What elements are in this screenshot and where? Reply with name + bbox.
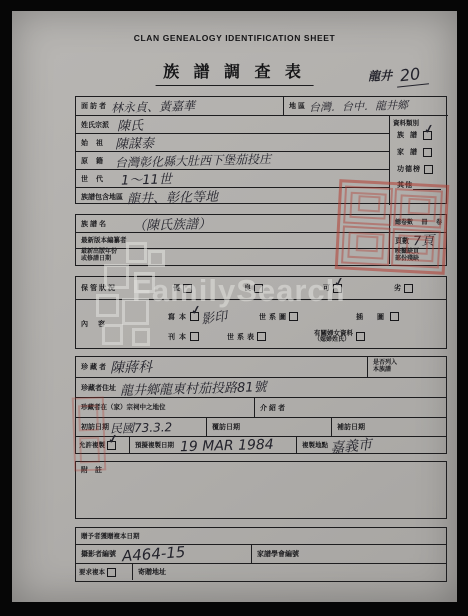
- content-pedigree-table-label: 世系表: [227, 332, 257, 342]
- category-jiapu-row: 家譜: [397, 147, 448, 157]
- region-value: 台灣．台中．龍井鄉: [309, 97, 408, 116]
- condition-excellent-checkbox: [183, 284, 192, 293]
- check-mark: ✓: [107, 432, 119, 446]
- introducer-label: 介紹者: [260, 403, 287, 413]
- listed-in-genealogy-label-line1: 是否列入: [373, 360, 397, 367]
- request-copy-checkbox: [107, 568, 116, 577]
- owner-address-label: 珍藏者住址: [81, 383, 116, 393]
- genealogy-name-label: 族譜名: [81, 219, 108, 229]
- category-jiapu-checkbox: [423, 148, 432, 157]
- condition-label: 保管狀況: [81, 283, 117, 293]
- pages-value: 7頁: [413, 230, 435, 250]
- content-label: 內容: [81, 319, 115, 329]
- check-mark: ✓: [333, 275, 345, 289]
- box-numbering: 贈予者獲贈複本日期 攝影者編號 A464-15 家譜學會編號 要求複本 寄贈地址: [75, 527, 447, 582]
- category-other-row: 其他: [397, 180, 448, 190]
- corner-place-text: 龍井: [368, 67, 392, 85]
- mailing-address-label: 寄贈地址: [138, 567, 166, 577]
- category-jiapu-label: 家譜: [397, 147, 423, 157]
- content-illustrations-checkbox: [390, 312, 399, 321]
- condition-fair-label: 可: [323, 283, 330, 293]
- content-print-checkbox: [190, 332, 199, 341]
- listed-in-genealogy-label-line2: 本族譜: [373, 367, 397, 374]
- box-source-info: 面訪者 林永貞、黃嘉華 地區 台灣．台中．龍井鄉 姓氏宗派 陳氏 始祖 陳謀泰: [75, 96, 447, 204]
- planned-copy-date-label: 預擬複製日期: [135, 442, 174, 449]
- missing-pages-label-line2: 部份殘缺: [395, 256, 419, 263]
- category-zupu-label: 族譜: [397, 130, 423, 140]
- condition-good-checkbox: [254, 284, 263, 293]
- category-zupu-checkbox: ✓: [423, 131, 432, 140]
- coverage-label: 族譜包含地區: [81, 192, 123, 202]
- pubyear-label-line2: 或修譜日期: [81, 256, 117, 263]
- content-pedigree-table-checkbox: [257, 332, 266, 341]
- category-zupu-row: 族譜 ✓: [397, 130, 448, 140]
- first-ancestor-value: 陳謀泰: [115, 132, 154, 152]
- content-women-info-sub-label: （媳婦姓氏）: [314, 337, 353, 344]
- condition-poor-checkbox: [404, 284, 413, 293]
- content-pedigree-chart-label: 世系圖: [259, 312, 289, 322]
- condition-excellent-label: 優: [173, 283, 180, 293]
- generations-value: 1～11世: [121, 168, 172, 188]
- category-header: 資料類別: [393, 118, 448, 127]
- owner-value: 陳蔣科: [110, 356, 153, 377]
- corner-register-note: 龍井 20: [368, 65, 429, 86]
- box-owner-info: 珍藏者 陳蔣科 是否列入 本族譜 珍藏者住址 龍井鄉龍東村茄投路81號 珍藏者在…: [75, 356, 447, 454]
- sheet-title-zh: 族 譜 調 查 表: [155, 59, 314, 86]
- first-visit-value: 民國73.3.2: [110, 418, 173, 437]
- first-visit-label: 初訪日期: [81, 422, 109, 432]
- request-copy-label: 要求複本: [79, 569, 105, 576]
- owner-role-label: 珍藏者在（家）宗祠中之地位: [81, 404, 166, 411]
- coverage-value: 龍井、彰化等地: [127, 186, 218, 207]
- category-column: 資料類別 族譜 ✓ 家譜 功德榜 其他: [389, 115, 448, 205]
- generations-label: 世代: [81, 174, 111, 184]
- box1-left-rows: 姓氏宗派 陳氏 始祖 陳謀泰 原籍 台灣彰化縣大肚西下堡茄投庄 世代: [76, 115, 389, 205]
- category-other-blank-line: [413, 181, 441, 190]
- content-women-info-label: 有關婦女資料: [314, 330, 353, 337]
- manuscript-note-value: 影印: [200, 306, 228, 328]
- volumes-unit-juan: 卷: [436, 220, 442, 227]
- surname-clan-value: 陳氏: [117, 115, 144, 135]
- interviewer-label: 面訪者: [81, 101, 108, 111]
- box-genealogy-info: 族譜名 （陳氏族譜） 總卷數 冊 卷 最新版本編纂者 頁數 7頁 最新出版年份: [75, 214, 447, 266]
- followup-visit-label: 補訪日期: [337, 422, 365, 432]
- box-notes: 附註: [75, 461, 447, 519]
- donor-copy-date-label: 贈予者獲贈複本日期: [81, 533, 140, 540]
- copy-permission-label: 允許複製: [79, 442, 105, 449]
- owner-address-value: 龍井鄉龍東村茄投路81號: [120, 376, 267, 399]
- first-ancestor-label: 始祖: [81, 138, 111, 148]
- content-women-info-checkbox: [356, 332, 365, 341]
- content-pedigree-chart-checkbox: [289, 312, 298, 321]
- volumes-unit-ce: 冊: [421, 220, 427, 227]
- check-mark: ✓: [423, 122, 435, 136]
- photo-background: CLAN GENEALOGY IDENTIFICATION SHEET 族 譜 …: [0, 0, 468, 616]
- pages-label: 頁數: [395, 236, 409, 246]
- sheet-title-en: CLAN GENEALOGY IDENTIFICATION SHEET: [12, 33, 457, 43]
- condition-good-label: 良: [244, 283, 251, 293]
- document-paper: CLAN GENEALOGY IDENTIFICATION SHEET 族 譜 …: [12, 11, 457, 602]
- copy-permission-checkbox: ✓: [107, 441, 116, 450]
- original-home-label: 原籍: [81, 156, 111, 166]
- content-print-label: 刊本: [168, 332, 190, 342]
- photographer-number-label: 攝影者編號: [81, 549, 116, 559]
- photographer-number-value: A464-15: [121, 543, 186, 565]
- condition-poor-label: 劣: [394, 283, 401, 293]
- interviewer-cell: 面訪者 林永貞、黃嘉華: [76, 97, 283, 115]
- interviewer-value: 林永貞、黃嘉華: [111, 96, 195, 115]
- category-gongdebang-row: 功德榜: [397, 164, 448, 174]
- corner-number-text: 20: [395, 63, 429, 87]
- planned-copy-date-value: 19 MAR 1984: [180, 436, 274, 454]
- category-gongdebang-label: 功德榜: [397, 164, 421, 174]
- category-gongdebang-checkbox: [424, 165, 433, 174]
- content-manuscript-label: 寫本: [168, 312, 190, 322]
- content-manuscript-checkbox: ✓: [190, 312, 199, 321]
- revisit-label: 覆訪日期: [212, 422, 240, 432]
- compiler-label: 最新版本編纂者: [81, 237, 127, 244]
- surname-clan-label: 姓氏宗派: [81, 120, 109, 130]
- copy-place-label: 複製地點: [302, 442, 328, 449]
- original-home-value: 台灣彰化縣大肚西下堡茄投庄: [115, 150, 271, 171]
- region-label: 地區: [289, 101, 307, 111]
- copy-place-value: 嘉義市: [329, 433, 373, 457]
- genealogy-name-value: （陳氏族譜）: [133, 213, 211, 234]
- society-number-label: 家譜學會編號: [257, 549, 299, 559]
- total-volumes-label: 總卷數: [395, 220, 413, 227]
- region-cell: 地區 台灣．台中．龍井鄉: [283, 97, 446, 115]
- condition-fair-checkbox: ✓: [333, 284, 342, 293]
- box-condition-content: 保管狀況 優 良 可 ✓ 劣 內容 寫本 ✓ 影印: [75, 276, 447, 349]
- owner-label: 珍藏者: [81, 362, 108, 372]
- notes-label: 附註: [81, 465, 109, 475]
- category-other-label: 其他: [397, 180, 413, 190]
